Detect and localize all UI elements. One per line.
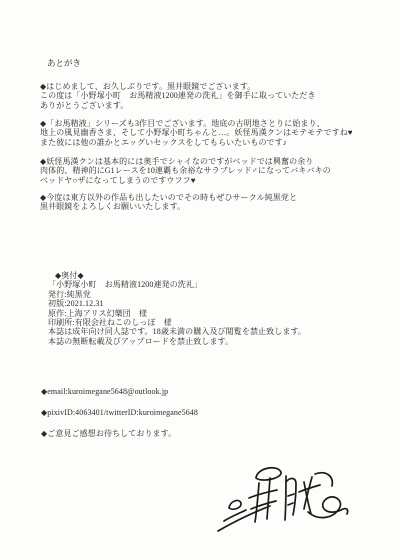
paragraph-line: 地上の風見幽香さま、そして小野塚小町ちゃんと…。妖怪馬漢クンはモテモテですね♥ xyxy=(40,128,353,137)
paragraph-line: ◆妖怪馬漢クンは基本的には奥手でシャイなのですがベッドでは興奮の余り xyxy=(40,157,331,166)
paragraph-line: ◆はじめまして、お久しぶりです。黒井眼鏡でございます。 xyxy=(40,82,316,91)
paragraph-line: ◆今度は東方以外の作品も出したいのでその時もぜひサークル純黒党と xyxy=(40,193,297,202)
colophon-header: ◆奥付◆ xyxy=(48,271,306,280)
colophon-reupload-notice: 本誌の無断転載及びアップロードを禁止致します。 xyxy=(48,337,306,346)
paragraph-line: ベッドヤ○ザになってしまうのですウフフ♥ xyxy=(40,176,331,185)
paragraph-line: また彼には他の誰かとエッグいセックスをしてもらいたいものです♪ xyxy=(40,138,353,147)
afterword-paragraph-1: ◆はじめまして、お久しぶりです。黒井眼鏡でございます。 この度は「小野塚小町 お… xyxy=(40,82,316,110)
paragraph-line: 肉体的、精神的にG1レースを10連覇も余裕なサラブレッド♂になってバキバキの xyxy=(40,166,331,175)
afterword-paragraph-4: ◆今度は東方以外の作品も出したいのでその時もぜひサークル純黒党と 黒井眼鏡をよろ… xyxy=(40,193,297,212)
paragraph-line: ◆「お馬精液」シリーズも3作目でございます。地底の古明地さとりに始まり、 xyxy=(40,119,353,128)
colophon-edition-date: 初版:2021.12.31 xyxy=(48,299,306,308)
afterword-paragraph-2: ◆「お馬精液」シリーズも3作目でございます。地底の古明地さとりに始まり、 地上の… xyxy=(40,119,353,147)
colophon-book-title: 「小野塚小町 お馬精液1200連発の洗礼」 xyxy=(48,280,306,289)
afterword-title: あとがき xyxy=(47,57,81,69)
contact-feedback: ◆ご意見ご感想お待ちしております。 xyxy=(41,429,198,438)
colophon-adult-notice: 本誌は成年向け同人誌です。18歳未満の購入及び閲覧を禁止致します。 xyxy=(48,327,306,336)
contact-pixiv-twitter: ◆pixivID:4063401/twitterID:kuroimegane56… xyxy=(41,408,198,417)
paragraph-line: この度は「小野塚小町 お馬精液1200連発の洗礼」を御手に取っていただき xyxy=(40,91,316,100)
colophon: ◆奥付◆ 「小野塚小町 お馬精液1200連発の洗礼」 発行:純黒党 初版:202… xyxy=(48,271,306,346)
signature-kuroi-megane xyxy=(214,463,354,541)
contact-info: ◆email:kuroimegane5648@outlook.jp ◆pixiv… xyxy=(41,387,198,450)
afterword-page: あとがき ◆はじめまして、お久しぶりです。黒井眼鏡でございます。 この度は「小野… xyxy=(0,0,400,560)
contact-email: ◆email:kuroimegane5648@outlook.jp xyxy=(41,387,198,396)
paragraph-line: 黒井眼鏡をよろしくお願いいたします。 xyxy=(40,202,297,211)
signature-scribble-icon xyxy=(214,463,354,541)
colophon-original-work: 原作:上海アリス幻樂団 様 xyxy=(48,309,306,318)
paragraph-line: ありがとうございます。 xyxy=(40,101,316,110)
colophon-publisher: 発行:純黒党 xyxy=(48,290,306,299)
afterword-paragraph-3: ◆妖怪馬漢クンは基本的には奥手でシャイなのですがベッドでは興奮の余り 肉体的、精… xyxy=(40,157,331,185)
